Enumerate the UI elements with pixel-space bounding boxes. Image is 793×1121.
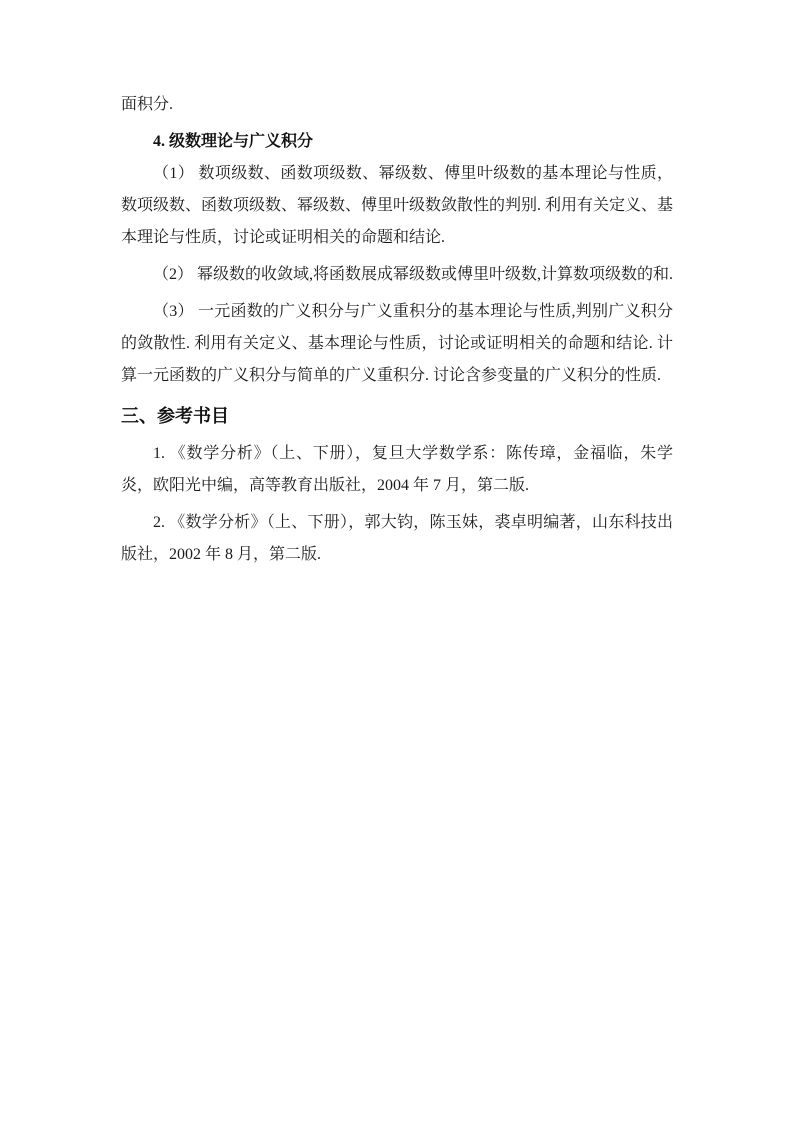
paragraph-section4-item-2: （2） 幂级数的收敛域,将函数展成幂级数或傅里叶级数,计算数项级数的和. bbox=[121, 259, 673, 291]
paragraph-continuation: 面积分. bbox=[121, 89, 673, 121]
heading-section-4: 4. 级数理论与广义积分 bbox=[121, 126, 673, 158]
paragraph-section4-item-3: （3） 一元函数的广义积分与广义重积分的基本理论与性质,判别广义积分的敛散性. … bbox=[121, 296, 673, 392]
paragraph-section4-item-1: （1） 数项级数、函数项级数、幂级数、傅里叶级数的基本理论与性质，数项级数、函数… bbox=[121, 158, 673, 254]
heading-references: 三、参考书目 bbox=[121, 399, 673, 433]
document-body: 面积分. 4. 级数理论与广义积分 （1） 数项级数、函数项级数、幂级数、傅里叶… bbox=[121, 89, 673, 571]
paragraph-reference-2: 2. 《数学分析》（上、下册），郭大钧，陈玉妹，裘卓明编著，山东科技出版社，20… bbox=[121, 507, 673, 571]
document-page: 面积分. 4. 级数理论与广义积分 （1） 数项级数、函数项级数、幂级数、傅里叶… bbox=[0, 0, 793, 1121]
paragraph-reference-1: 1. 《数学分析》（上、下册），复旦大学数学系：陈传璋，金福临，朱学炎，欧阳光中… bbox=[121, 438, 673, 502]
